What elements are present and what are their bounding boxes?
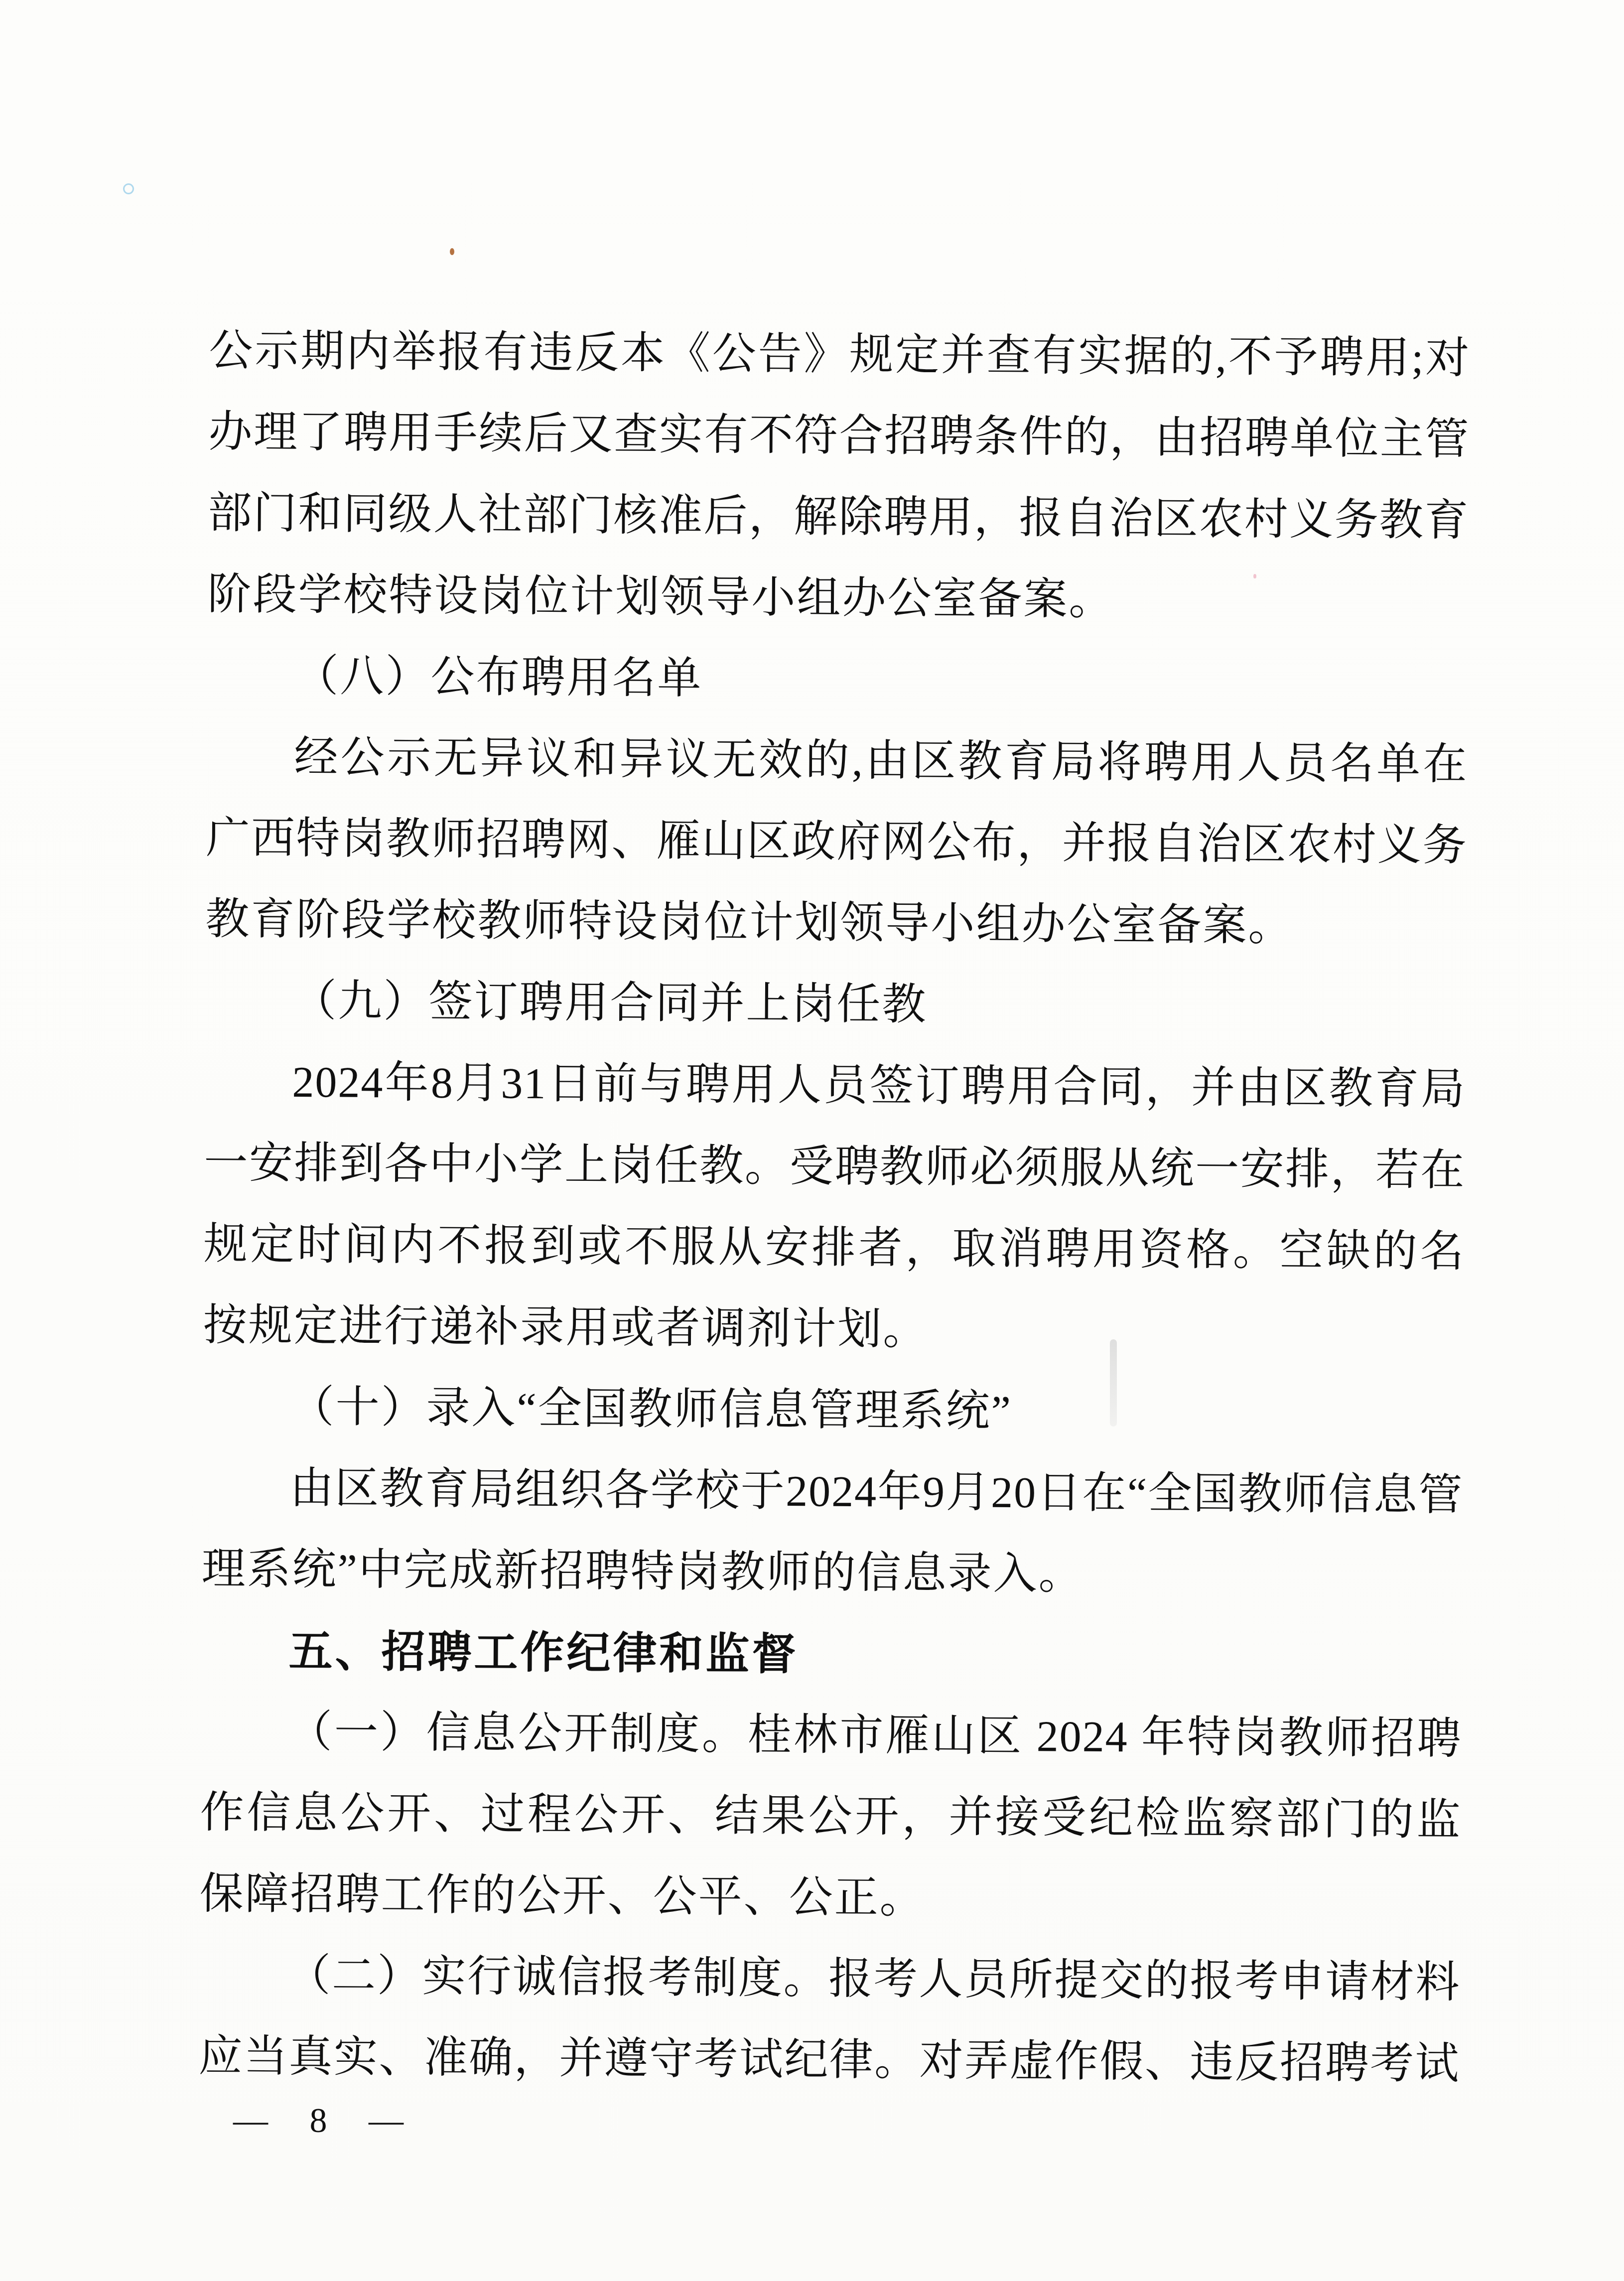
text-line: （九）签订聘用合同并上岗任教: [205, 960, 1467, 1049]
document-page: 公示期内举报有违反本《公告》规定并查有实据的,不予聘用;对已办理了聘用手续后又查…: [0, 0, 1624, 2281]
text-line: 规定时间内不报到或不服从安排者，取消聘用资格。空缺的名额，: [203, 1204, 1465, 1292]
text-line: 按规定进行递补录用或者调剂计划。: [203, 1285, 1465, 1374]
text-line: 教育阶段学校教师特设岗位计划领导小组办公室备案。: [205, 879, 1467, 968]
scan-speck: [450, 248, 454, 255]
text-line: 五、招聘工作纪律和监督: [201, 1610, 1463, 1699]
text-line: 2024年8月31日前与聘用人员签订聘用合同，并由区教育局统: [204, 1041, 1466, 1130]
text-line: 保障招聘工作的公开、公平、公正。: [199, 1853, 1461, 1942]
text-line: 公示期内举报有违反本《公告》规定并查有实据的,不予聘用;对已: [209, 310, 1471, 399]
text-line: 作信息公开、过程公开、结果公开，并接受纪检监察部门的监督，: [200, 1772, 1462, 1861]
text-line: 办理了聘用手续后又查实有不符合招聘条件的，由招聘单位主管: [208, 392, 1470, 480]
page-number: — 8 —: [233, 2104, 411, 2138]
text-line: 一安排到各中小学上岗任教。受聘教师必须服从统一安排，若在: [204, 1123, 1466, 1211]
text-line: 经公示无异议和异议无效的,由区教育局将聘用人员名单在: [206, 716, 1468, 805]
document-body: 公示期内举报有违反本《公告》规定并查有实据的,不予聘用;对已办理了聘用手续后又查…: [198, 310, 1471, 2105]
text-line: 由区教育局组织各学校于2024年9月20日在“全国教师信息管: [202, 1447, 1464, 1536]
text-line: （二）实行诚信报考制度。报考人员所提交的报考申请材料: [199, 1935, 1461, 2023]
text-line: 阶段学校特设岗位计划领导小组办公室备案。: [207, 554, 1469, 643]
scan-speck: [123, 183, 134, 194]
text-line: （八）公布聘用名单: [207, 635, 1469, 724]
text-line: 应当真实、准确，并遵守考试纪律。对弄虚作假、违反招聘考试: [198, 2016, 1460, 2105]
text-line: （一）信息公开制度。桂林市雁山区 2024 年特岗教师招聘工: [200, 1691, 1462, 1780]
text-line: （十）录入“全国教师信息管理系统”: [202, 1366, 1464, 1455]
text-line: 广西特岗教师招聘网、雁山区政府网公布，并报自治区农村义务: [206, 798, 1468, 886]
text-line: 部门和同级人社部门核准后，解除聘用，报自治区农村义务教育: [208, 473, 1470, 562]
text-line: 理系统”中完成新招聘特岗教师的信息录入。: [201, 1529, 1463, 1617]
